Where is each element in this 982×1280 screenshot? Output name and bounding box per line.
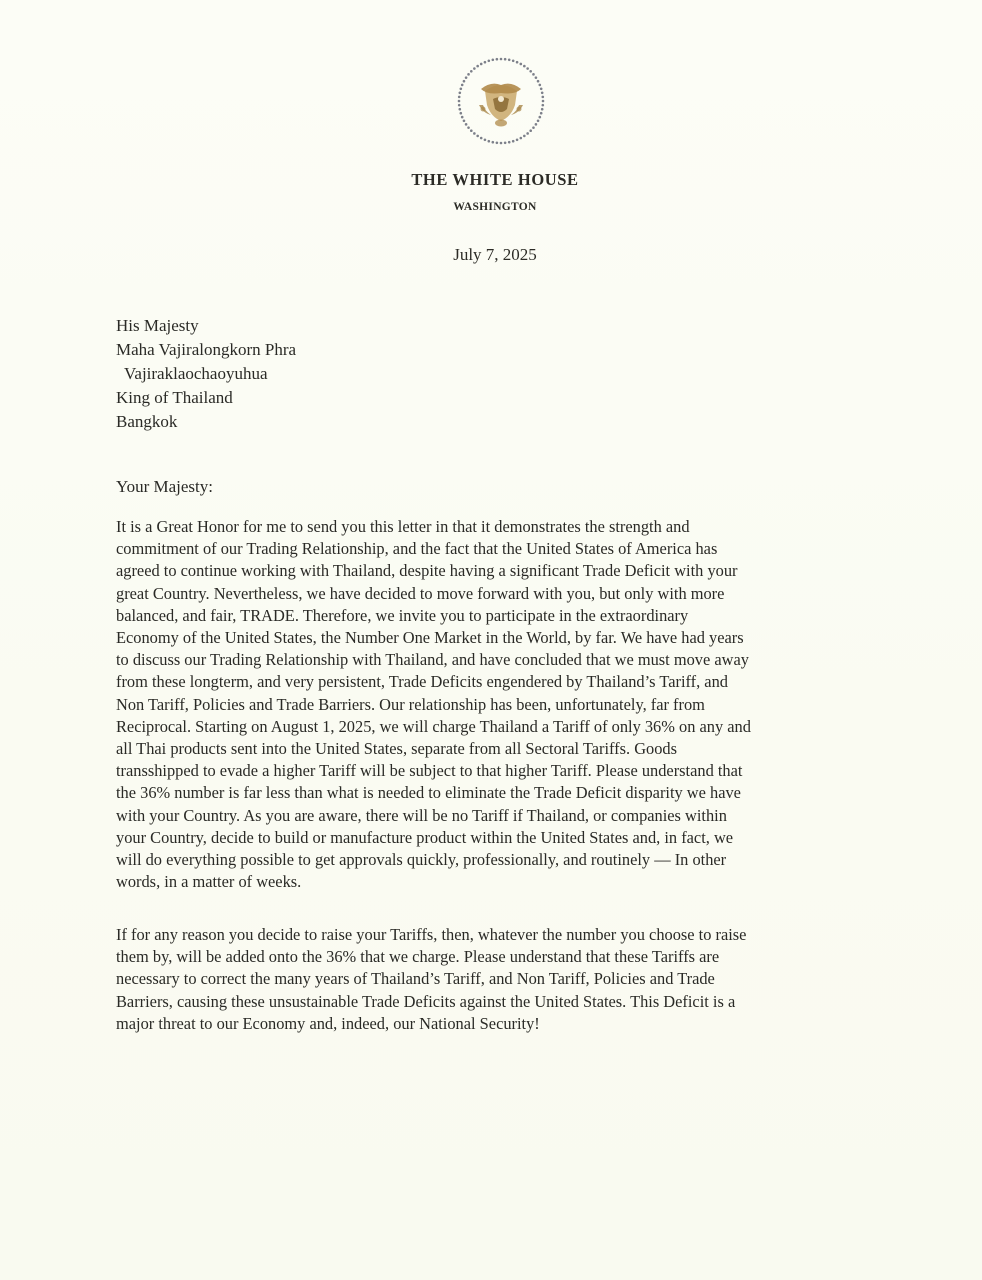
paragraph-line: great Country. Nevertheless, we have dec… [116, 583, 886, 605]
address-line: His Majesty [116, 314, 296, 338]
paragraph-line: Non Tariff, Policies and Trade Barriers.… [116, 694, 886, 716]
paragraph-line: Reciprocal. Starting on August 1, 2025, … [116, 716, 886, 738]
paragraph-line: necessary to correct the many years of T… [116, 968, 886, 990]
body-paragraph-1: It is a Great Honor for me to send you t… [116, 516, 886, 893]
paragraph-line: major threat to our Economy and, indeed,… [116, 1013, 886, 1035]
address-line: King of Thailand [116, 386, 296, 410]
paragraph-line: with your Country. As you are aware, the… [116, 805, 886, 827]
address-line: Maha Vajiralongkorn Phra [116, 338, 296, 362]
paragraph-line: your Country, decide to build or manufac… [116, 827, 886, 849]
paragraph-line: them by, will be added onto the 36% that… [116, 946, 886, 968]
recipient-address: His Majesty Maha Vajiralongkorn Phra Vaj… [116, 314, 296, 434]
letterhead-title: THE WHITE HOUSE [0, 170, 982, 190]
paragraph-line: the 36% number is far less than what is … [116, 782, 886, 804]
presidential-seal-icon [455, 55, 547, 147]
letterhead-subtitle: WASHINGTON [0, 201, 982, 213]
paragraph-line: If for any reason you decide to raise yo… [116, 924, 886, 946]
paragraph-line: Economy of the United States, the Number… [116, 627, 886, 649]
paragraph-line: transshipped to evade a higher Tariff wi… [116, 760, 886, 782]
address-line: Vajiraklaochaoyuhua [116, 362, 296, 386]
letter-date: July 7, 2025 [0, 245, 982, 265]
paragraph-line: commitment of our Trading Relationship, … [116, 538, 886, 560]
paragraph-line: from these longterm, and very persistent… [116, 671, 886, 693]
paragraph-line: Barriers, causing these unsustainable Tr… [116, 991, 886, 1013]
paragraph-line: agreed to continue working with Thailand… [116, 560, 886, 582]
paragraph-line: all Thai products sent into the United S… [116, 738, 886, 760]
salutation: Your Majesty: [116, 477, 213, 497]
address-line: Bangkok [116, 410, 296, 434]
paragraph-line: words, in a matter of weeks. [116, 871, 886, 893]
paragraph-line: to discuss our Trading Relationship with… [116, 649, 886, 671]
body-paragraph-2: If for any reason you decide to raise yo… [116, 924, 886, 1035]
paragraph-line: balanced, and fair, TRADE. Therefore, we… [116, 605, 886, 627]
paragraph-line: It is a Great Honor for me to send you t… [116, 516, 886, 538]
letter-page: THE WHITE HOUSE WASHINGTON July 7, 2025 … [0, 0, 982, 1280]
paragraph-line: will do everything possible to get appro… [116, 849, 886, 871]
